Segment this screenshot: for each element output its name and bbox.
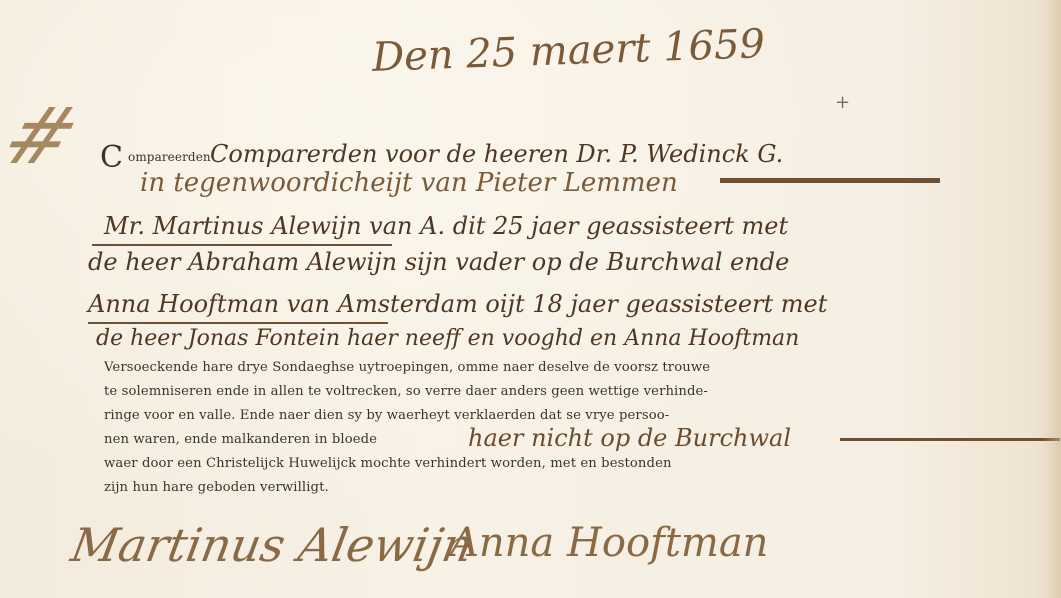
handwritten-line-3: Mr. Martinus Alewijn van A. dit 25 jaer … bbox=[104, 212, 788, 240]
interlinear-insert: haer nicht op de Burchwal bbox=[468, 424, 791, 452]
page-edge-stain bbox=[1043, 0, 1061, 598]
printed-line-5: waer door een Christelijck Huwelijck moc… bbox=[104, 456, 672, 471]
printed-line-3: ringe voor en valle. Ende naer dien sy b… bbox=[104, 408, 669, 423]
strike-line bbox=[720, 178, 940, 183]
margin-mark: # bbox=[0, 92, 93, 182]
handwritten-line-2: in tegenwoordicheijt van Pieter Lemmen bbox=[140, 168, 678, 198]
signature-bride: Anna Hooftman bbox=[450, 520, 768, 566]
drop-cap: C bbox=[100, 140, 123, 175]
printed-line-1: Versoeckende hare drye Sondaeghse uytroe… bbox=[104, 360, 710, 375]
cross-mark: + bbox=[835, 92, 850, 113]
name-underline-1 bbox=[92, 244, 392, 246]
signature-groom: Martinus Alewijn bbox=[67, 518, 477, 572]
handwritten-line-1: Comparerden voor de heeren Dr. P. Wedinc… bbox=[210, 140, 783, 168]
handwritten-line-4: de heer Abraham Alewijn sijn vader op de… bbox=[88, 248, 789, 276]
handwritten-line-5: Anna Hooftman van Amsterdam oijt 18 jaer… bbox=[88, 290, 827, 318]
printed-line-2: te solemniseren ende in allen te voltrec… bbox=[104, 384, 708, 399]
printed-line-6: zijn hun hare geboden verwilligt. bbox=[104, 480, 329, 495]
opening-word: ompareerden bbox=[128, 150, 211, 164]
printed-line-4: nen waren, ende malkanderen in bloede bbox=[104, 432, 377, 447]
register-page: Den 25 maert 1659 + # C ompareerden Comp… bbox=[0, 0, 1061, 598]
handwritten-line-6: de heer Jonas Fontein haer neeff en voog… bbox=[96, 326, 799, 351]
date-heading: Den 25 maert 1659 bbox=[371, 21, 765, 81]
insert-flourish bbox=[840, 438, 1060, 441]
name-underline-2 bbox=[88, 322, 388, 324]
